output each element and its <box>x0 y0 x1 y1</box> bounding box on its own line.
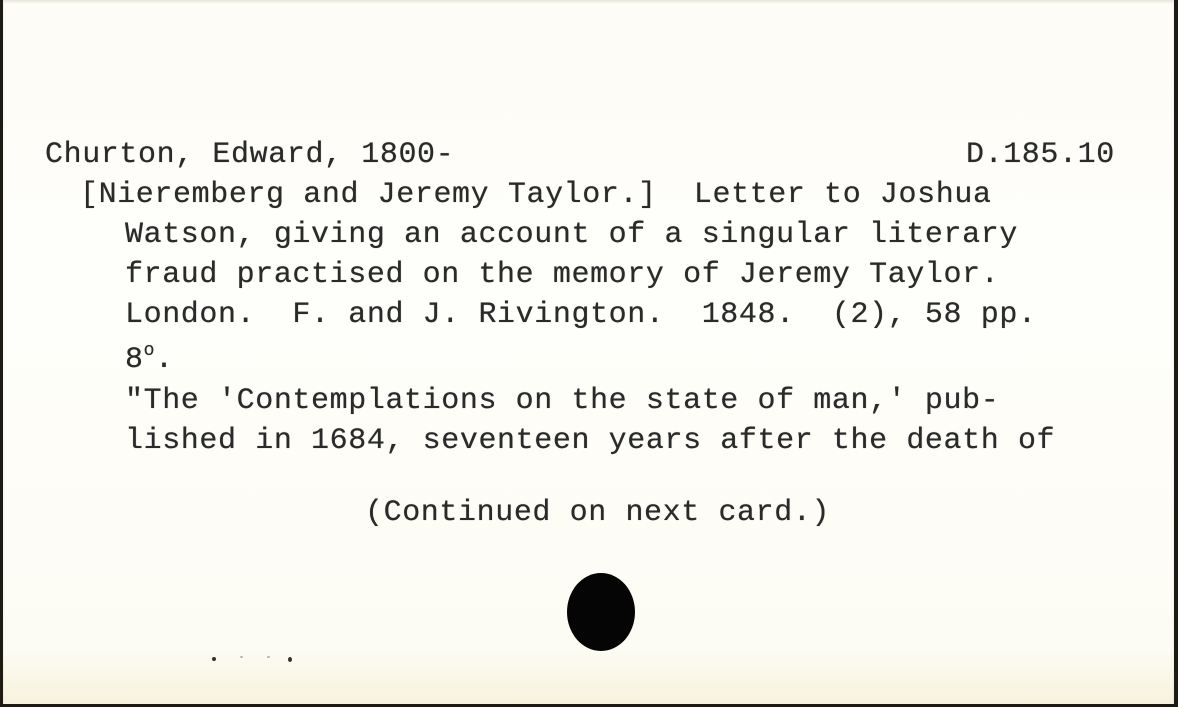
note-line-2: lished in 1684, seventeen years after th… <box>125 426 1055 456</box>
speck-mark <box>267 656 270 658</box>
title-line-1: [Nieremberg and Jeremy Taylor.] Letter t… <box>80 180 992 210</box>
catalog-card: Churton, Edward, 1800- D.185.10 [Nieremb… <box>3 0 1174 704</box>
format-number: 8 <box>125 343 144 377</box>
format-line: 8o. <box>125 342 174 375</box>
format-period: . <box>155 343 174 377</box>
heading-author: Churton, Edward, 1800- <box>45 140 454 170</box>
continuation-note: (Continued on next card.) <box>365 498 830 528</box>
note-line-1: "The 'Contemplations on the state of man… <box>125 386 999 416</box>
speck-mark <box>240 656 243 658</box>
imprint-line: London. F. and J. Rivington. 1848. (2), … <box>125 300 1037 330</box>
call-number: D.185.10 <box>966 140 1115 170</box>
title-line-3: fraud practised on the memory of Jeremy … <box>125 260 999 290</box>
speck-mark <box>212 657 216 661</box>
title-line-2: Watson, giving an account of a singular … <box>125 220 1018 250</box>
format-superscript: o <box>144 341 155 361</box>
speck-mark <box>288 657 292 662</box>
punch-hole-icon <box>567 573 635 651</box>
